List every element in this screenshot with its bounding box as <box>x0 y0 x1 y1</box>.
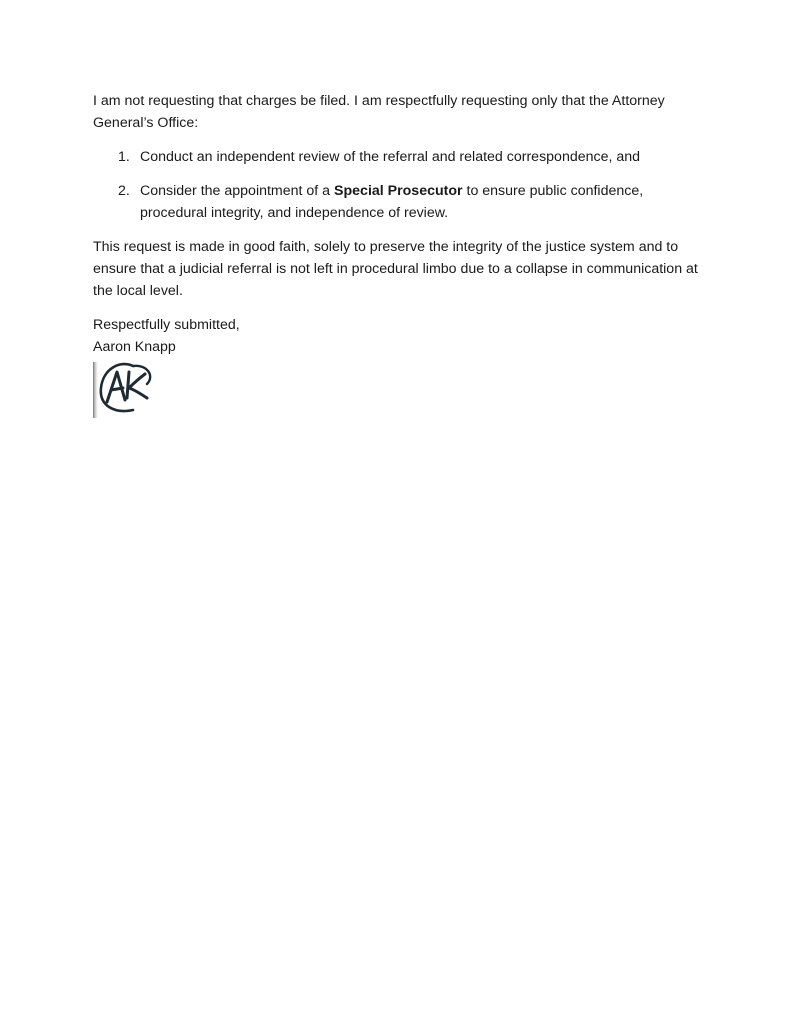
closing-paragraph: This request is made in good faith, sole… <box>93 236 713 302</box>
signature-icon <box>93 358 157 420</box>
request-text-before: Consider the appointment of a <box>140 183 334 199</box>
request-item-1: 1. Conduct an independent review of the … <box>93 146 713 168</box>
intro-paragraph: I am not requesting that charges be file… <box>93 90 713 134</box>
request-item-2: 2. Consider the appointment of a Special… <box>93 180 713 224</box>
signature-image <box>93 358 157 420</box>
special-prosecutor-emphasis: Special Prosecutor <box>334 183 463 199</box>
request-text: Conduct an independent review of the ref… <box>140 149 640 165</box>
list-number: 2. <box>118 180 130 202</box>
document-page: I am not requesting that charges be file… <box>93 90 713 358</box>
signer-name: Aaron Knapp <box>93 336 713 358</box>
request-list: 1. Conduct an independent review of the … <box>93 146 713 224</box>
list-number: 1. <box>118 146 130 168</box>
signoff: Respectfully submitted, <box>93 314 713 336</box>
